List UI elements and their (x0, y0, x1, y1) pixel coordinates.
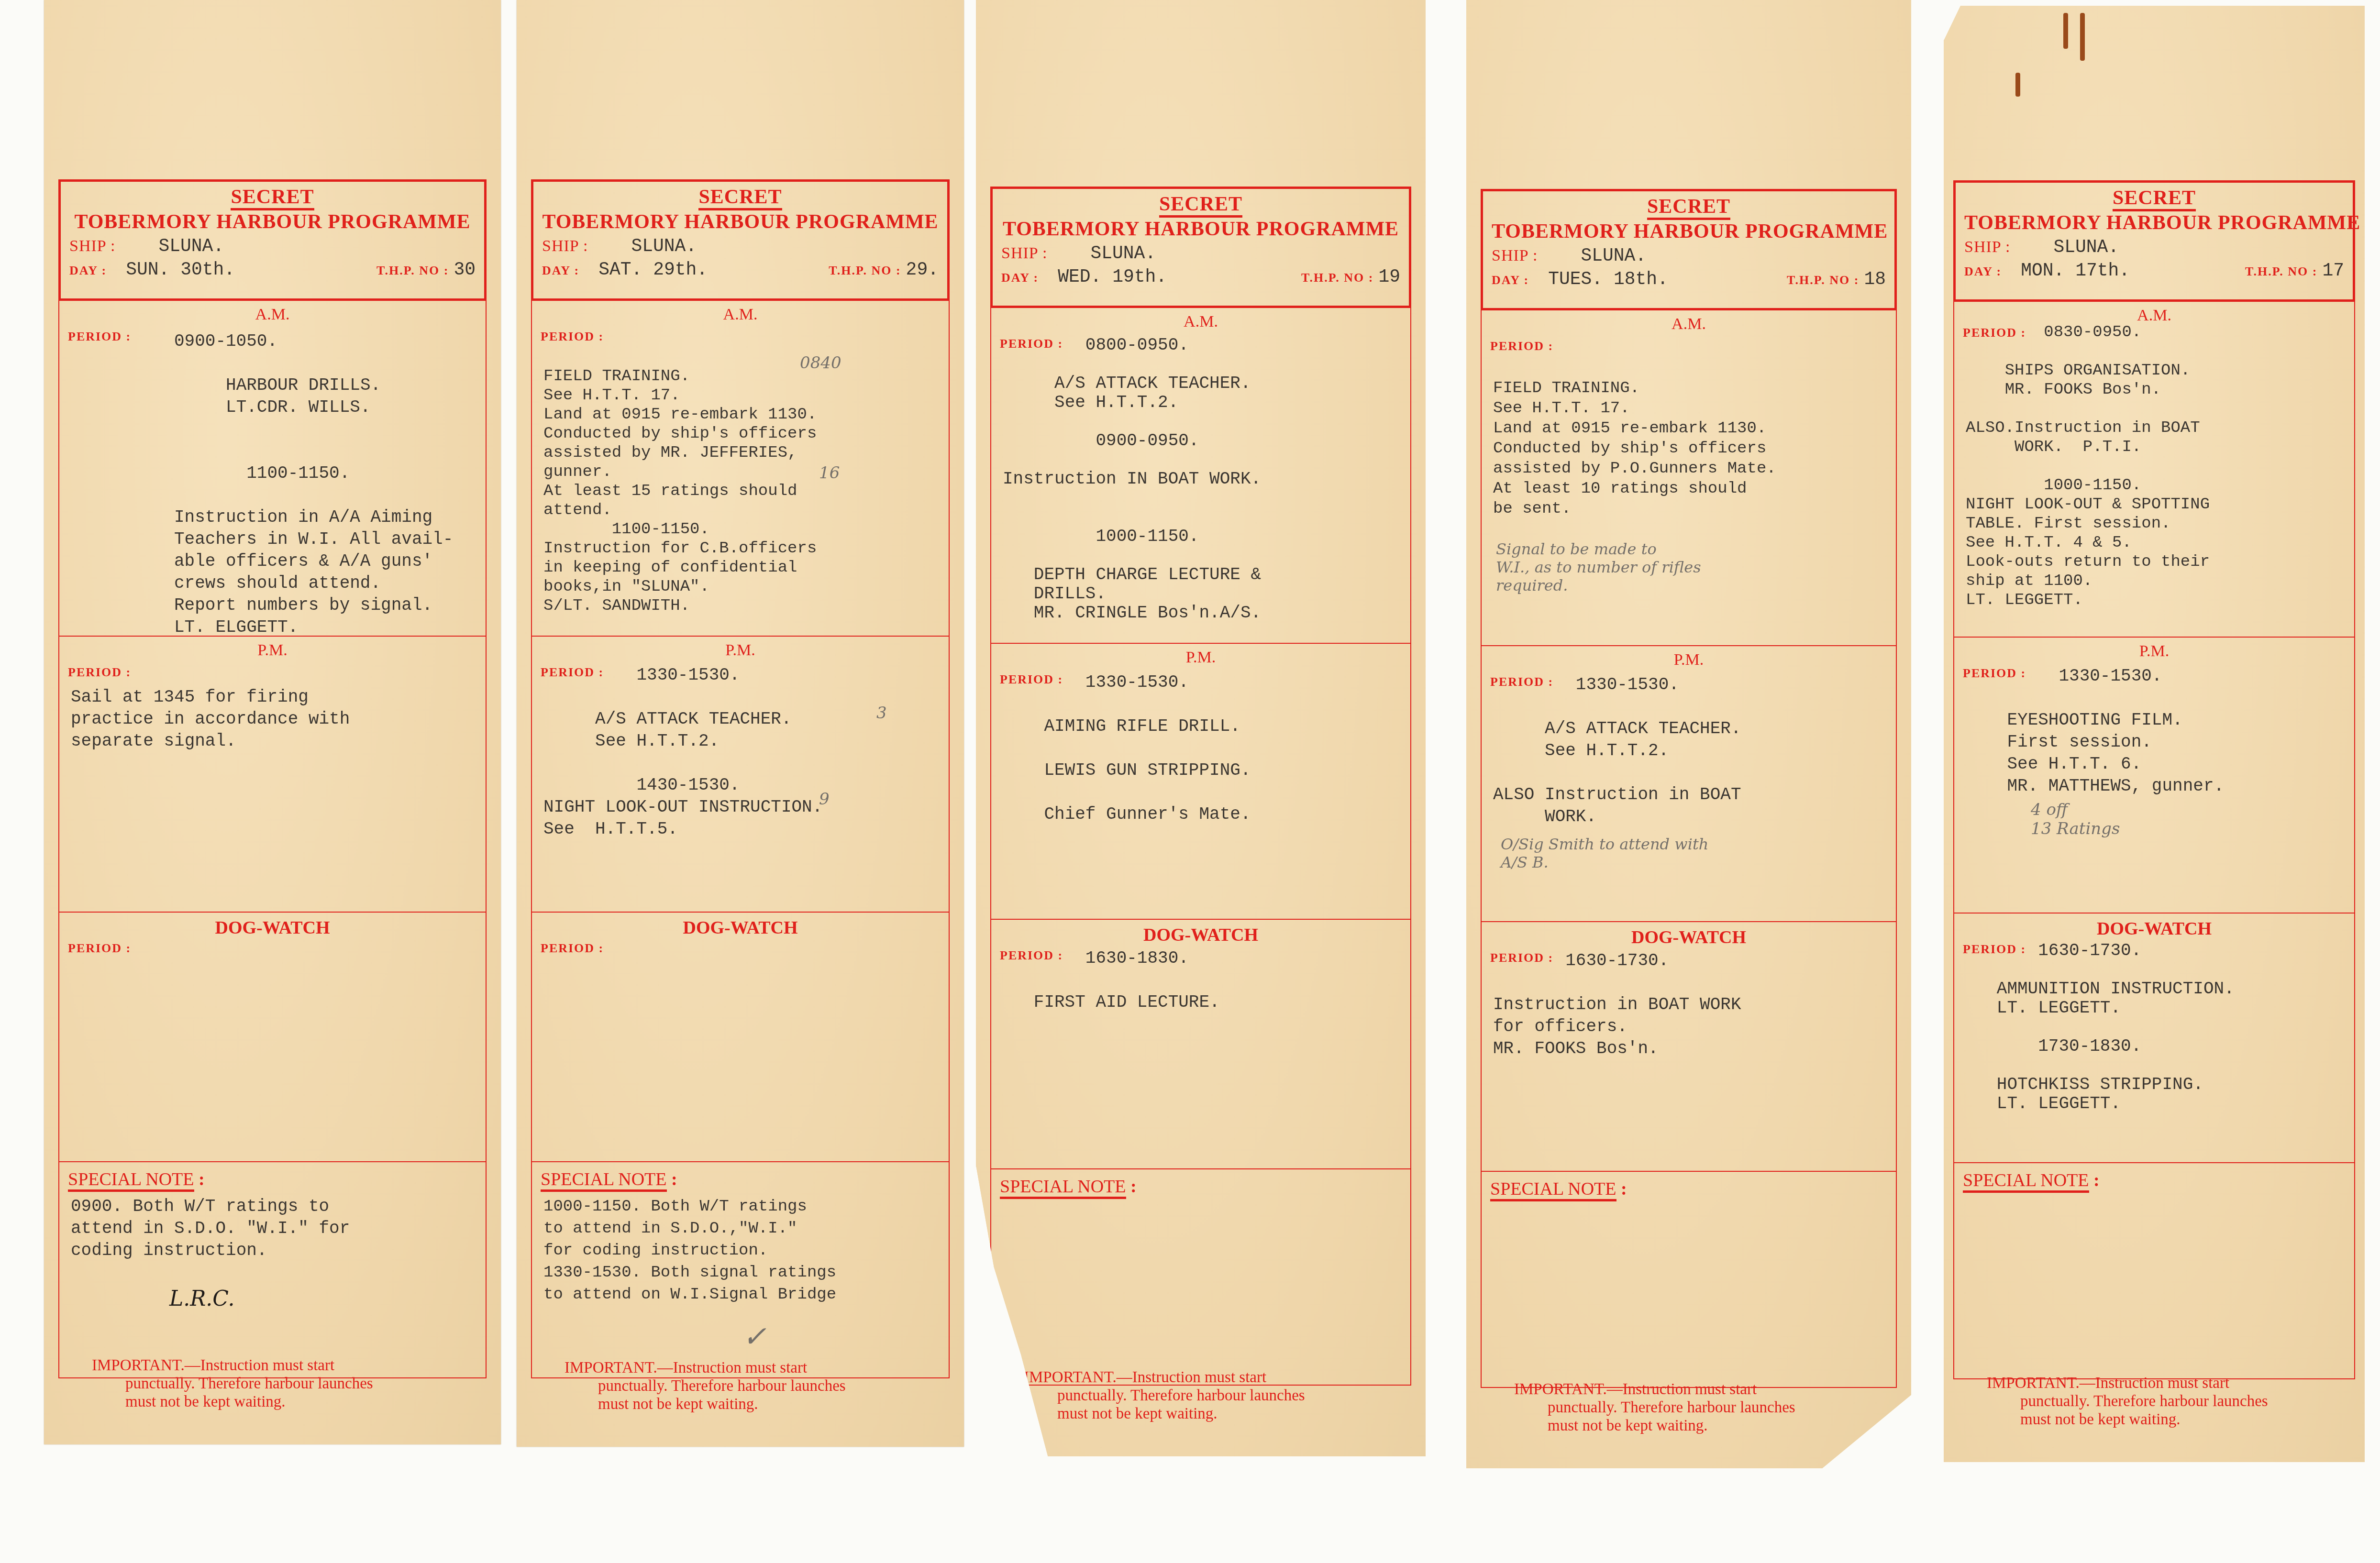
form-header: SECRET TOBERMORY HARBOUR PROGRAMME SHIP … (1953, 180, 2355, 302)
thp-value: 17 (2322, 261, 2344, 281)
special-note-content: 1000-1150. Both W/T ratings to attend in… (543, 1196, 944, 1306)
important-notice: IMPORTANT.—Instruction must start punctu… (565, 1359, 935, 1413)
form-body: A.M. PERIOD : 0830-0950. SHIPS ORGANISAT… (1953, 302, 2355, 1379)
handwritten-note: 4 off 13 Ratings (2031, 800, 2120, 838)
form-header: SECRET TOBERMORY HARBOUR PROGRAMME SHIP … (531, 179, 950, 301)
dog-watch-content: 1630-1730. Instruction in BOAT WORK for … (1493, 950, 1891, 1060)
form-title: TOBERMORY HARBOUR PROGRAMME (69, 210, 476, 233)
am-heading: A.M. (1482, 310, 1896, 333)
thp-label: T.H.P. NO : (1301, 271, 1373, 285)
am-content: 0830-0950. SHIPS ORGANISATION. MR. FOOKS… (1966, 323, 2349, 610)
ship-label: SHIP : (1964, 238, 2010, 256)
special-note-heading: SPECIAL NOTE : (68, 1169, 205, 1190)
special-note-heading: SPECIAL NOTE : (1000, 1176, 1137, 1197)
dog-watch-content: 1630-1830. FIRST AID LECTURE. (1003, 947, 1406, 1013)
ship-value: SLUNA. (631, 236, 697, 257)
dog-watch-section: DOG-WATCH PERIOD : 1630-1730. Instructio… (1482, 922, 1896, 1172)
programme-form: SECRET TOBERMORY HARBOUR PROGRAMME SHIP … (58, 179, 487, 1406)
form-header: SECRET TOBERMORY HARBOUR PROGRAMME SHIP … (1481, 189, 1897, 310)
special-note-section: SPECIAL NOTE : (991, 1169, 1410, 1386)
programme-slip-mon-17: SECRET TOBERMORY HARBOUR PROGRAMME SHIP … (1944, 6, 2365, 1462)
ship-label: SHIP : (1001, 244, 1047, 263)
pm-section: P.M. PERIOD : 1330-1530. AIMING RIFLE DR… (991, 644, 1410, 920)
handwritten-count: 3 (876, 704, 887, 723)
pm-section: P.M. PERIOD : 1330-1530. EYESHOOTING FIL… (1954, 638, 2354, 914)
form-body: A.M. PERIOD : FIELD TRAINING. See H.T.T.… (531, 301, 950, 1378)
form-header: SECRET TOBERMORY HARBOUR PROGRAMME SHIP … (990, 187, 1411, 308)
ship-value: SLUNA. (2053, 237, 2119, 258)
thp-value: 18 (1864, 269, 1886, 290)
am-content: FIELD TRAINING. See H.T.T. 17. Land at 0… (543, 329, 944, 616)
am-content: 0900-1050. HARBOUR DRILLS. LT.CDR. WILLS… (174, 330, 481, 638)
pm-heading: P.M. (1482, 646, 1896, 669)
programme-form: SECRET TOBERMORY HARBOUR PROGRAMME SHIP … (1953, 180, 2355, 1424)
programme-slip-sat-29: SECRET TOBERMORY HARBOUR PROGRAMME SHIP … (517, 0, 964, 1447)
day-label: DAY : (542, 264, 579, 278)
thp-label: T.H.P. NO : (376, 264, 449, 278)
special-note-heading: SPECIAL NOTE : (1490, 1178, 1627, 1200)
day-value: WED. 19th. (1058, 267, 1301, 287)
pm-content: 1330-1530. EYESHOOTING FILM. First sessi… (1966, 665, 2349, 797)
dog-watch-heading: DOG-WATCH (532, 913, 949, 938)
pm-section: P.M. PERIOD : 1330-1530. A/S ATTACK TEAC… (532, 637, 949, 913)
am-heading: A.M. (1954, 302, 2354, 325)
secret-heading: SECRET (1001, 193, 1400, 216)
handwritten-time: 0840 (800, 353, 841, 373)
dog-watch-heading: DOG-WATCH (1954, 914, 2354, 939)
form-title: TOBERMORY HARBOUR PROGRAMME (1001, 218, 1400, 241)
am-heading: A.M. (532, 301, 949, 324)
form-body: A.M. PERIOD : 0800-0950. A/S ATTACK TEAC… (990, 308, 1411, 1386)
handwritten-initials: L.R.C. (169, 1287, 234, 1311)
day-value: TUES. 18th. (1548, 269, 1787, 290)
ship-label: SHIP : (1492, 247, 1538, 265)
period-label: PERIOD : (68, 330, 131, 344)
am-section: A.M. PERIOD : 0830-0950. SHIPS ORGANISAT… (1954, 302, 2354, 638)
pm-content: 1330-1530. A/S ATTACK TEACHER. See H.T.T… (1493, 674, 1891, 828)
day-value: SAT. 29th. (598, 260, 829, 280)
pm-heading: P.M. (1954, 638, 2354, 660)
ship-value: SLUNA. (1581, 246, 1646, 266)
pencil-mark-icon: ✓ (742, 1320, 766, 1354)
am-heading: A.M. (59, 301, 486, 324)
special-note-heading: SPECIAL NOTE : (541, 1169, 677, 1190)
day-value: MON. 17th. (2021, 261, 2245, 281)
programme-slip-sun-30: SECRET TOBERMORY HARBOUR PROGRAMME SHIP … (44, 0, 501, 1444)
pm-section: P.M. PERIOD : Sail at 1345 for firing pr… (59, 637, 486, 913)
pm-heading: P.M. (532, 637, 949, 660)
secret-heading: SECRET (69, 186, 476, 209)
period-label: PERIOD : (68, 941, 131, 956)
thp-value: 29. (906, 260, 939, 280)
programme-slip-tues-18: SECRET TOBERMORY HARBOUR PROGRAMME SHIP … (1466, 0, 1911, 1468)
dog-watch-heading: DOG-WATCH (991, 920, 1410, 946)
rust-staple-mark-icon (2080, 13, 2085, 61)
important-notice: IMPORTANT.—Instruction must start punctu… (1987, 1374, 2341, 1429)
day-label: DAY : (1964, 264, 2002, 279)
dog-watch-heading: DOG-WATCH (59, 913, 486, 938)
important-notice: IMPORTANT.—Instruction must start punctu… (92, 1356, 472, 1411)
pm-heading: P.M. (59, 637, 486, 660)
dog-watch-section: DOG-WATCH PERIOD : (532, 913, 949, 1162)
form-header: SECRET TOBERMORY HARBOUR PROGRAMME SHIP … (58, 179, 487, 301)
form-body: A.M. PERIOD : FIELD TRAINING. See H.T.T.… (1481, 310, 1897, 1388)
dog-watch-content: 1630-1730. AMMUNITION INSTRUCTION. LT. L… (1966, 941, 2349, 1113)
thp-value: 30 (454, 260, 476, 280)
handwritten-note: Signal to be made to W.I., as to number … (1496, 540, 1701, 594)
ship-label: SHIP : (542, 237, 588, 255)
form-title: TOBERMORY HARBOUR PROGRAMME (542, 210, 939, 233)
thp-label: T.H.P. NO : (829, 264, 901, 278)
special-note-section: SPECIAL NOTE : (1482, 1172, 1896, 1388)
day-label: DAY : (1001, 271, 1039, 285)
thp-label: T.H.P. NO : (1787, 273, 1859, 287)
am-heading: A.M. (991, 308, 1410, 331)
handwritten-note: O/Sig Smith to attend with A/S B. (1501, 835, 1708, 871)
dog-watch-section: DOG-WATCH PERIOD : (59, 913, 486, 1162)
period-label: PERIOD : (541, 941, 604, 956)
day-value: SUN. 30th. (126, 260, 376, 280)
thp-label: T.H.P. NO : (2245, 264, 2317, 279)
special-note-content: 0900. Both W/T ratings to attend in S.D.… (71, 1196, 481, 1262)
day-label: DAY : (1492, 273, 1529, 287)
dog-watch-section: DOG-WATCH PERIOD : 1630-1830. FIRST AID … (991, 920, 1410, 1169)
pm-content: Sail at 1345 for firing practice in acco… (71, 664, 481, 752)
am-section: A.M. PERIOD : FIELD TRAINING. See H.T.T.… (532, 301, 949, 637)
ship-value: SLUNA. (158, 236, 224, 257)
form-title: TOBERMORY HARBOUR PROGRAMME (1964, 211, 2344, 234)
pm-heading: P.M. (991, 644, 1410, 667)
important-notice: IMPORTANT.—Instruction must start punctu… (1514, 1380, 1882, 1435)
ship-value: SLUNA. (1090, 243, 1156, 264)
am-section: A.M. PERIOD : 0900-1050. HARBOUR DRILLS.… (59, 301, 486, 637)
pm-content: 1330-1530. AIMING RIFLE DRILL. LEWIS GUN… (1003, 671, 1406, 826)
thp-value: 19 (1378, 267, 1400, 287)
special-note-heading: SPECIAL NOTE : (1963, 1170, 2100, 1191)
form-body: A.M. PERIOD : 0900-1050. HARBOUR DRILLS.… (58, 301, 487, 1378)
pm-section: P.M. PERIOD : 1330-1530. A/S ATTACK TEAC… (1482, 646, 1896, 922)
programme-form: SECRET TOBERMORY HARBOUR PROGRAMME SHIP … (990, 187, 1411, 1418)
dog-watch-section: DOG-WATCH PERIOD : 1630-1730. AMMUNITION… (1954, 914, 2354, 1163)
ship-label: SHIP : (69, 237, 115, 255)
am-content: FIELD TRAINING. See H.T.T. 17. Land at 0… (1493, 338, 1891, 519)
dog-watch-heading: DOG-WATCH (1482, 922, 1896, 948)
programme-form: SECRET TOBERMORY HARBOUR PROGRAMME SHIP … (531, 179, 950, 1409)
programme-slip-wed-19: SECRET TOBERMORY HARBOUR PROGRAMME SHIP … (976, 0, 1426, 1456)
secret-heading: SECRET (542, 186, 939, 209)
am-section: A.M. PERIOD : 0800-0950. A/S ATTACK TEAC… (991, 308, 1410, 644)
day-label: DAY : (69, 264, 107, 278)
secret-heading: SECRET (1492, 195, 1886, 218)
secret-heading: SECRET (1964, 187, 2344, 209)
handwritten-count: 16 (819, 463, 840, 483)
rust-staple-mark-icon (2015, 73, 2020, 97)
special-note-section: SPECIAL NOTE : 1000-1150. Both W/T ratin… (532, 1162, 949, 1378)
programme-form: SECRET TOBERMORY HARBOUR PROGRAMME SHIP … (1481, 189, 1897, 1430)
special-note-section: SPECIAL NOTE : 0900. Both W/T ratings to… (59, 1162, 486, 1378)
am-section: A.M. PERIOD : FIELD TRAINING. See H.T.T.… (1482, 310, 1896, 646)
rust-staple-mark-icon (2063, 13, 2068, 49)
special-note-section: SPECIAL NOTE : (1954, 1163, 2354, 1379)
form-title: TOBERMORY HARBOUR PROGRAMME (1492, 220, 1886, 243)
handwritten-count: 9 (819, 790, 830, 809)
am-content: 0800-0950. A/S ATTACK TEACHER. See H.T.T… (1003, 336, 1406, 623)
pm-content: 1330-1530. A/S ATTACK TEACHER. See H.T.T… (543, 664, 944, 840)
important-notice: IMPORTANT.—Instruction must start punctu… (1024, 1368, 1397, 1423)
